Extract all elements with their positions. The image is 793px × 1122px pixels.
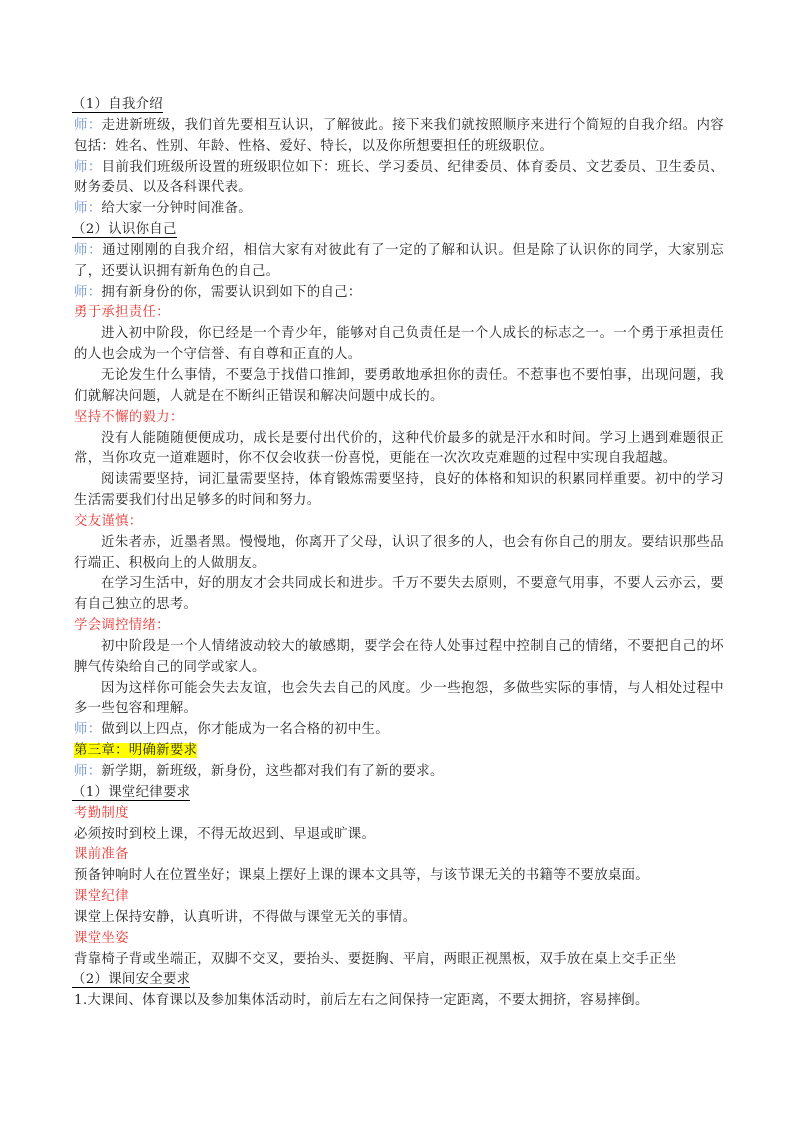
- topic-paragraph: 初中阶段是一个人情绪波动较大的敏感期，要学会在待人处事过程中控制自己的情绪，不要…: [74, 637, 724, 679]
- teacher-paragraph: 师：拥有新身份的你，需要认识到如下的自己：: [74, 283, 724, 304]
- topic-title: 坚持不懈的毅力：: [74, 408, 724, 429]
- rule-text: 背靠椅子背或坐端正，双脚不交叉，要抬头、要挺胸、平肩，两眼正视黑板，双手放在桌上…: [74, 950, 724, 971]
- rule-title: 课堂坐姿: [74, 929, 724, 950]
- topic-title: 学会调控情绪：: [74, 616, 724, 637]
- teacher-paragraph: 师：新学期，新班级，新身份，这些都对我们有了新的要求。: [74, 762, 724, 783]
- section-heading-classroom-discipline: （1）课堂纪律要求: [72, 783, 724, 804]
- topic-paragraph: 在学习生活中，好的朋友才会共同成长和进步。千万不要失去原则，不要意气用事，不要人…: [74, 574, 724, 616]
- topic-paragraph: 无论发生什么事情，不要急于找借口推卸，要勇敢地承担你的责任。不惹事也不要怕事，出…: [74, 366, 724, 408]
- topic-paragraph: 因为这样你可能会失去友谊，也会失去自己的风度。少一些抱怨，多做些实际的事情，与人…: [74, 679, 724, 721]
- rule-title: 课堂纪律: [74, 887, 724, 908]
- rule-text: 预备钟响时人在位置坐好；课桌上摆好上课的课本文具等，与该节课无关的书籍等不要放桌…: [74, 866, 724, 887]
- document-page: （1）自我介绍 师：走进新班级，我们首先要相互认识，了解彼此。接下来我们就按照顺…: [74, 95, 724, 1012]
- topic-paragraph: 进入初中阶段，你已经是一个青少年，能够对自己负责任是一个人成长的标志之一。一个勇…: [74, 324, 724, 366]
- rule-title: 课前准备: [74, 845, 724, 866]
- teacher-paragraph: 师：给大家一分钟时间准备。: [74, 199, 724, 220]
- topic-title: 交友谨慎：: [74, 512, 724, 533]
- rule-text: 课堂上保持安静，认真听讲，不得做与课堂无关的事情。: [74, 908, 724, 929]
- teacher-paragraph: 师：目前我们班级所设置的班级职位如下：班长、学习委员、纪律委员、体育委员、文艺委…: [74, 158, 724, 200]
- rule-title: 考勤制度: [74, 804, 724, 825]
- teacher-paragraph: 师：做到以上四点，你才能成为一名合格的初中生。: [74, 720, 724, 741]
- chapter-title: 第三章：明确新要求: [74, 741, 724, 762]
- rule-text: 必须按时到校上课，不得无故迟到、早退或旷课。: [74, 825, 724, 846]
- topic-paragraph: 没有人能随随便便成功，成长是要付出代价的，这种代价最多的就是汗水和时间。学习上遇…: [74, 429, 724, 471]
- teacher-paragraph: 师：走进新班级，我们首先要相互认识，了解彼此。接下来我们就按照顺序来进行个简短的…: [74, 116, 724, 158]
- topic-paragraph: 近朱者赤，近墨者黑。慢慢地，你离开了父母，认识了很多的人，也会有你自己的朋友。要…: [74, 533, 724, 575]
- section-heading-break-safety: （2）课间安全要求: [72, 970, 724, 991]
- section-heading-self-intro: （1）自我介绍: [72, 95, 724, 116]
- section-heading-know-yourself: （2）认识你自己: [72, 220, 724, 241]
- teacher-paragraph: 师：通过刚刚的自我介绍，相信大家有对彼此有了一定的了解和认识。但是除了认识你的同…: [74, 241, 724, 283]
- safety-item: 1.大课间、体育课以及参加集体活动时，前后左右之间保持一定距离，不要太拥挤，容易…: [74, 991, 724, 1012]
- topic-title: 勇于承担责任：: [74, 303, 724, 324]
- topic-paragraph: 阅读需要坚持，词汇量需要坚持，体育锻炼需要坚持，良好的体格和知识的积累同样重要。…: [74, 470, 724, 512]
